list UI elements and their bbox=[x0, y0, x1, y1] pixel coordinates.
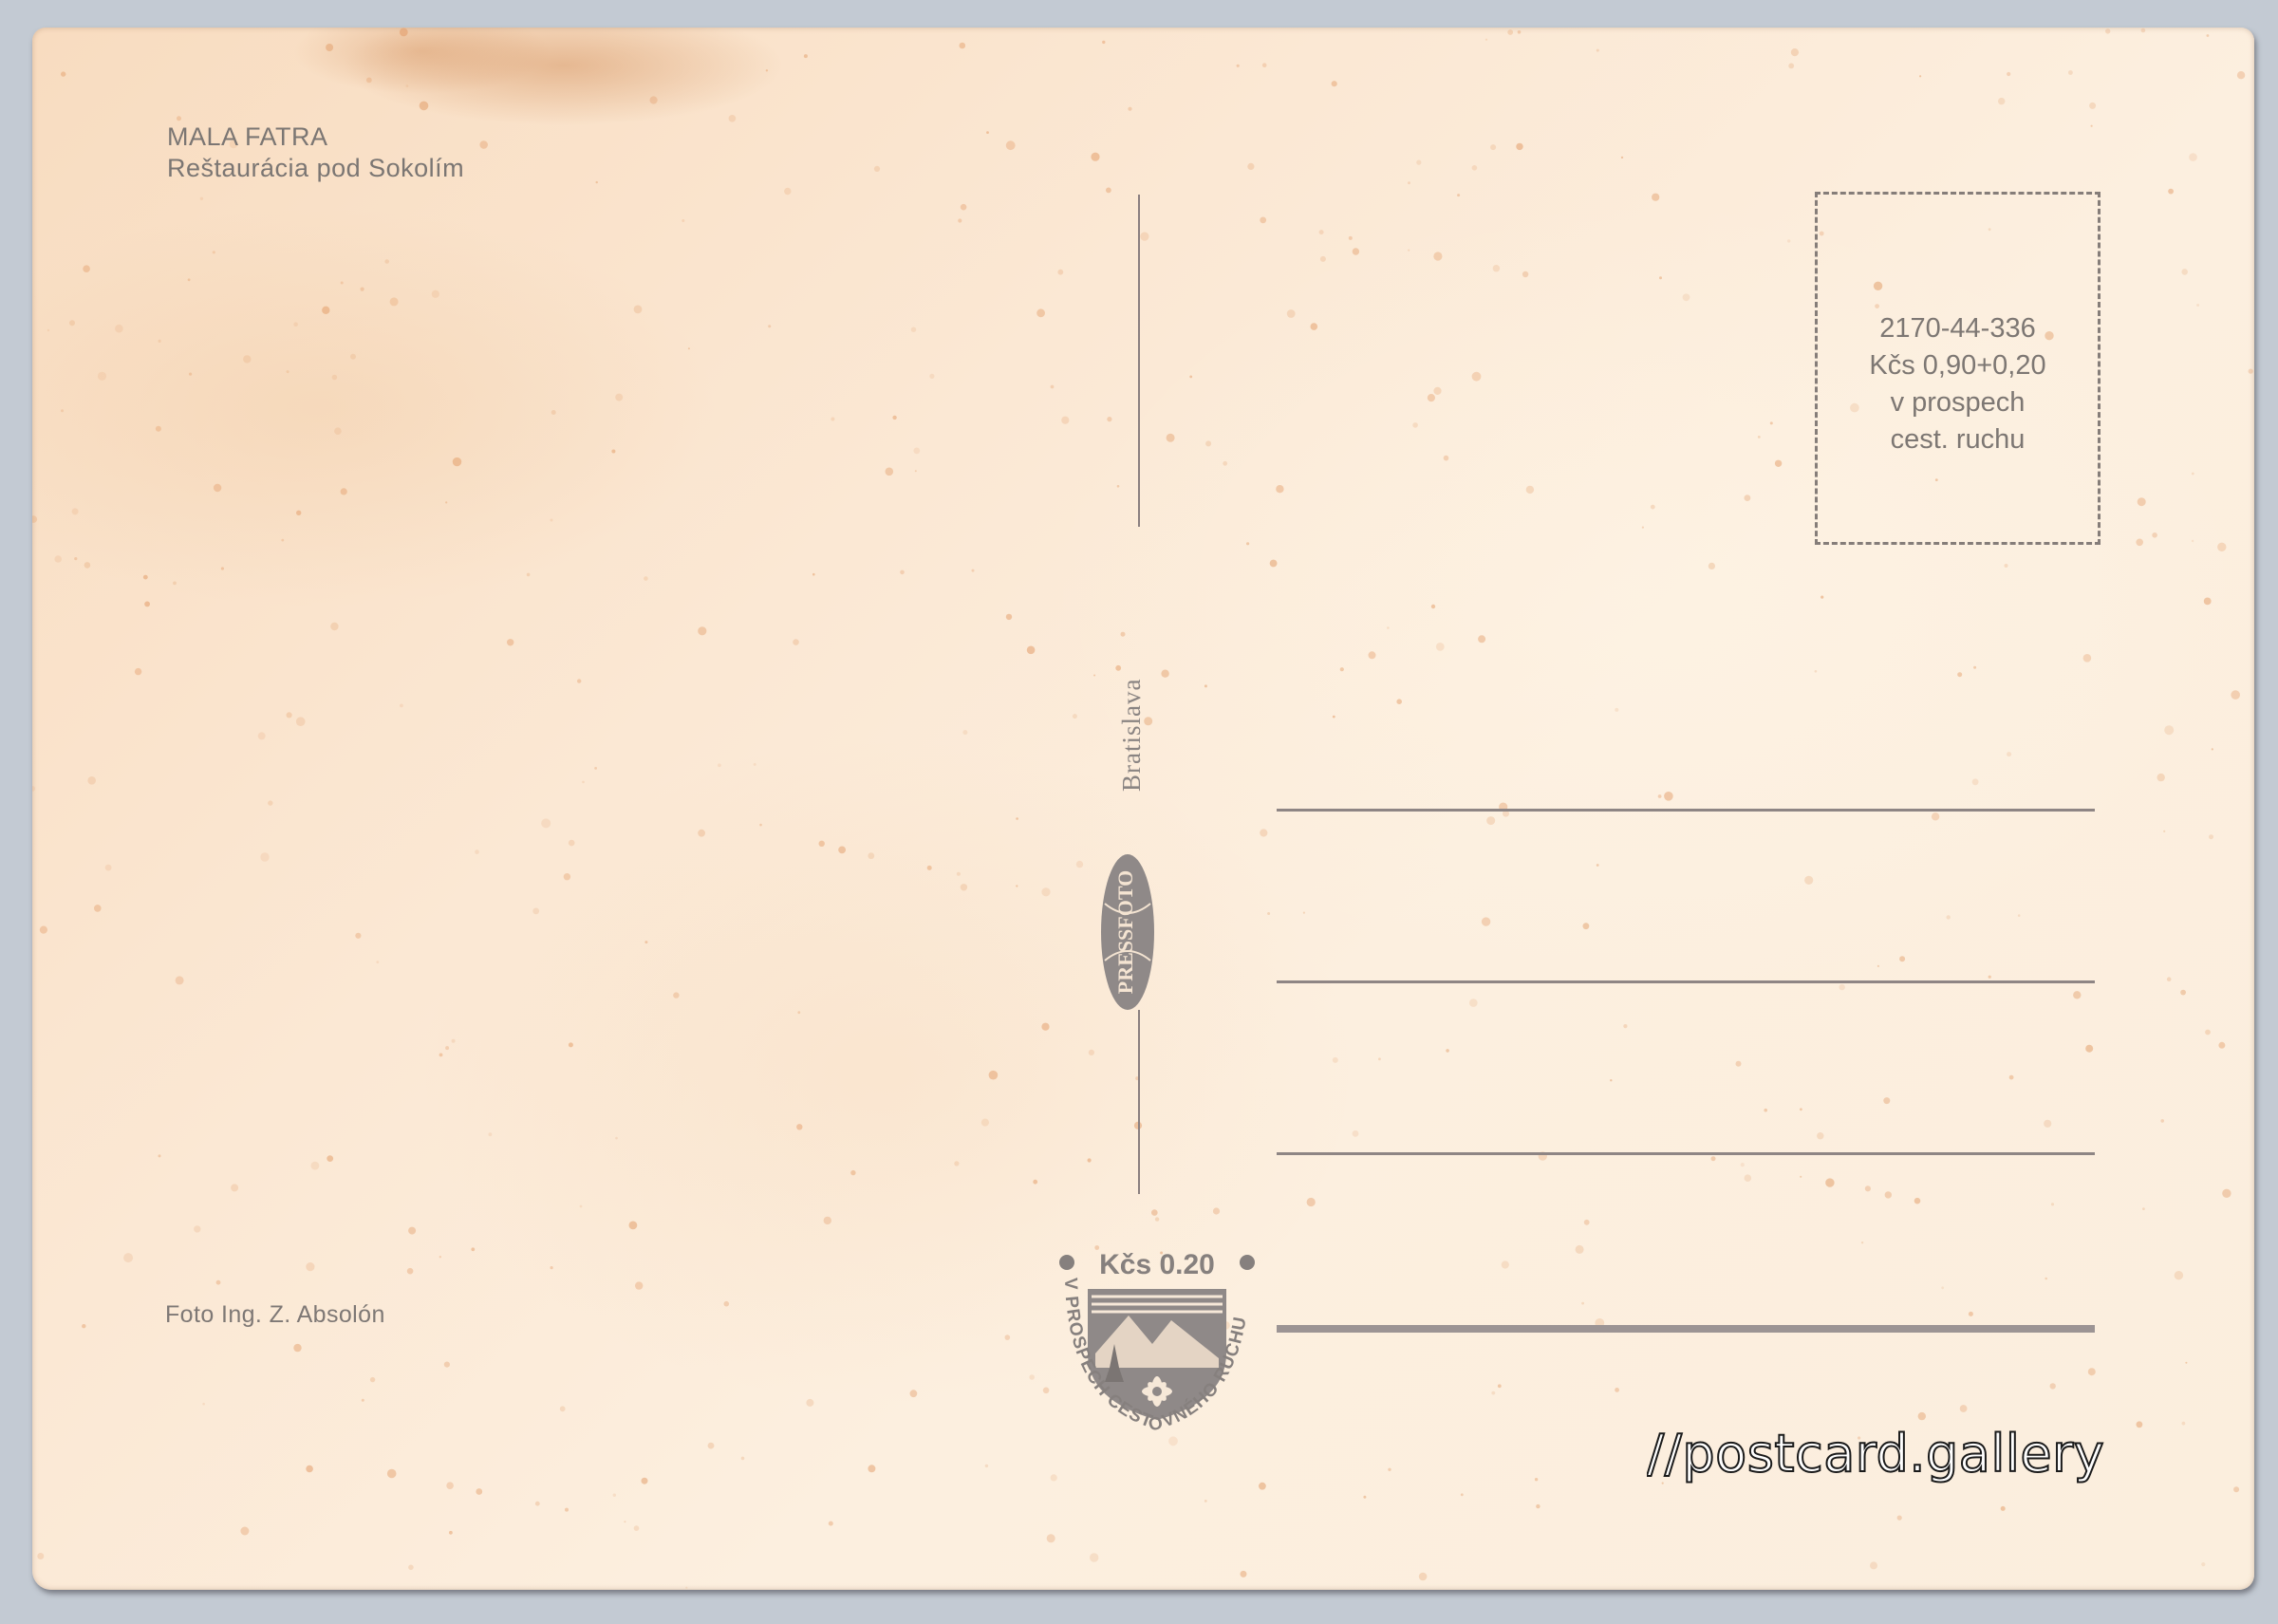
divider-lower bbox=[1138, 1010, 1140, 1194]
stamp-placement-box: 2170-44-336 Kčs 0,90+0,20 v prospech ces… bbox=[1815, 192, 2101, 545]
tourism-tax-stamp-icon: Kčs 0.20 V PROSPECH CESTOVNÉHO RUCHU bbox=[1038, 1240, 1276, 1448]
stamp-note-1: v prospech bbox=[1818, 384, 2098, 421]
divider-upper bbox=[1138, 195, 1140, 527]
caption-region: MALA FATRA bbox=[167, 122, 328, 152]
address-line-1 bbox=[1277, 809, 2095, 812]
postcard-back: MALA FATRA Reštaurácia pod Sokolím Brati… bbox=[32, 28, 2254, 1590]
caption-place: Reštaurácia pod Sokolím bbox=[167, 154, 464, 183]
address-line-2 bbox=[1277, 980, 2095, 983]
address-line-3 bbox=[1277, 1152, 2095, 1155]
stamp-code: 2170-44-336 bbox=[1818, 310, 2098, 347]
pressfoto-logo-text: PRESSFOTO bbox=[1113, 870, 1137, 994]
publisher-city: Bratislava bbox=[1117, 679, 1147, 792]
address-line-4 bbox=[1277, 1325, 2095, 1333]
watermark-text: //postcard.gallery bbox=[1647, 1424, 2104, 1484]
stamp-price: Kčs 0,90+0,20 bbox=[1818, 347, 2098, 384]
tax-stamp-value: Kčs 0.20 bbox=[1099, 1249, 1215, 1280]
pressfoto-logo-icon: PRESSFOTO bbox=[1099, 851, 1156, 1013]
stamp-box-text: 2170-44-336 Kčs 0,90+0,20 v prospech ces… bbox=[1818, 310, 2098, 458]
photo-credit: Foto Ing. Z. Absolón bbox=[165, 1301, 385, 1329]
watermark-logo: //postcard.gallery bbox=[1647, 1420, 2178, 1486]
stamp-note-2: cest. ruchu bbox=[1818, 421, 2098, 458]
